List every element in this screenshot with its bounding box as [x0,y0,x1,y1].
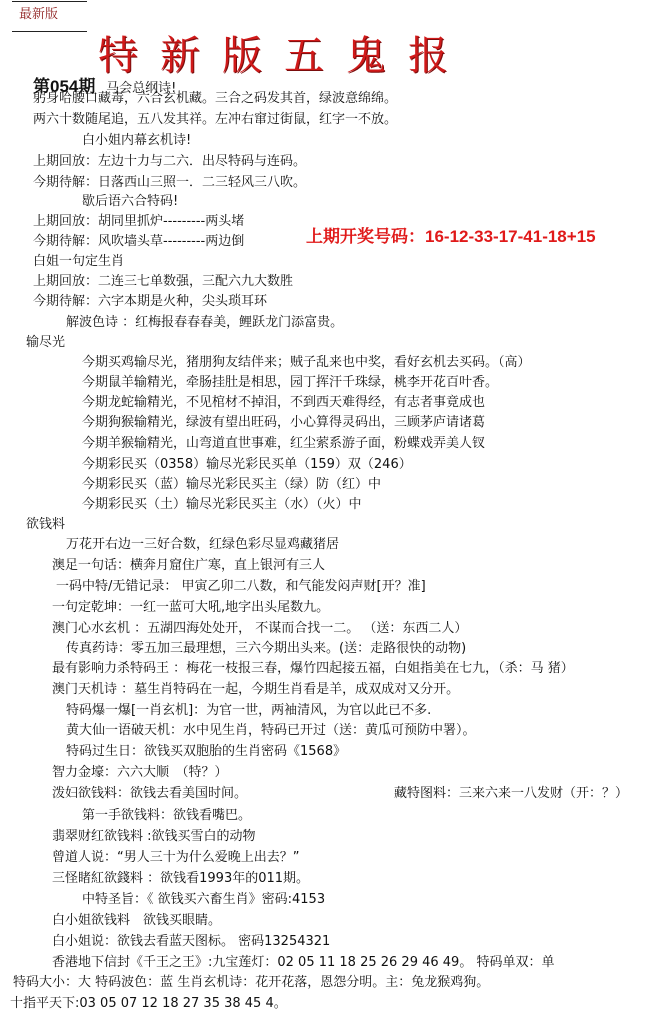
text-line: 今期狗猴输精光，绿波有望出旺码，小心算得灵码出，三顾茅庐请诸葛 [82,415,485,431]
text-line: 今期彩民买（0358）输尽光彩民买单（159）双（246） [82,457,412,473]
text-line: 躬身哈腰口藏毒，六合玄机藏。三合之码发其首，绿波意绵绵。 [33,91,397,107]
text-line: 第一手欲钱料：欲钱看嘴巴。 [82,808,251,824]
text-line: 翡翠财红欲钱料 :欲钱买雪白的动物 [52,829,256,845]
winning-numbers-value: 16-12-33-17-41-18+15 [425,227,596,246]
latest-edition-badge: 最新版 [19,3,58,22]
winning-numbers-label: 上期开奖号码： [306,227,425,246]
text-line: 万花开右边一三好合数，红绿色彩尽显鸡藏猪居 [66,537,339,553]
winning-numbers: 上期开奖号码：16-12-33-17-41-18+15 [306,222,596,247]
text-line: 上期回放：胡同里抓炉---------两头堵 [33,214,244,230]
text-line: 中特圣旨：《 欲钱买六畜生肖》密码:4153 [82,892,325,908]
badge-underline [12,31,87,32]
text-line: 今期羊猴输精光，山弯道直世事难，红尘萦系游子面，粉蝶戏弄美人钗 [82,436,485,452]
text-line: 特码爆一爆[一肖玄机]：为官一世，两袖清风，为官以此已不多. [66,703,431,719]
text-line: 智力金壕：六六大顺 （特？） [52,765,228,781]
text-line: 澳足一句话：横奔月窟住广寒，直上银河有三人 [52,558,325,574]
text-line: 藏特图料：三来六来一八发财（开：？） [394,786,628,802]
text-line: 解波色诗 ：红梅报春春春美，鲤跃龙门添富贵。 [66,315,343,331]
text-line: 今期彩民买（蓝）输尽光彩民买主（绿）防（红）中 [82,477,381,493]
text-line: 香港地下信封《千王之王》:九宝莲灯：02 05 11 18 25 26 29 4… [52,955,554,971]
text-line: 澳门心水玄机 ：五湖四海处处开， 不谋而合找一二。 （送：东西二人） [52,621,467,637]
text-line: 今期待解：风吹墙头草---------两边倒 [33,234,244,250]
text-line: 黄大仙一语破天机：水中见生肖，特码已开过（送：黄瓜可预防中署）。 [66,723,476,739]
text-line: 欲钱料 [26,517,65,533]
text-line: 特码过生日：欲钱买双胞胎的生肖密码《1568》 [66,744,346,760]
text-line: 今期待解：六字本期是火种，尖头琐耳环 [33,294,267,310]
text-line: 三怪睹紅欲錢料 ：欲钱看1993年的011期。 [52,871,309,887]
text-line: 曾道人说：“男人三十为什么爱晚上出去？” [52,850,299,866]
text-line: 白小姐说：欲钱去看蓝天图标。 密码13254321 [52,934,330,950]
text-line: 一句定乾坤：一红一蓝可大吼,地字出头尾数九。 [52,600,329,616]
text-line: 今期鼠羊输精光，牵肠挂肚是相思，园丁挥汗千珠绿，桃李开花百叶香。 [82,375,498,391]
text-line: 白小姐内幕玄机诗! [82,133,191,149]
text-line: 今期彩民买（土）输尽光彩民买主（水）（火）中 [82,497,362,513]
text-line: 两六十数随尾追，五八发其祥。左冲右窜过街鼠，红字一不放。 [33,112,397,128]
text-line: 特码大小：大 特码波色：蓝 生肖玄机诗：花开花落，恩怨分明。主：兔龙猴鸡狗。 [13,975,489,991]
text-line: 一码中特/无错记录： 甲寅乙卯二八数，和气能发闷声财[开？准] [56,579,426,595]
top-rule [12,1,87,2]
text-line: 澳门天机诗 ：墓生肖特码在一起，今期生肖看是羊，成双成对又分开。 [52,682,459,698]
text-line: 白姐一句定生肖 [33,254,124,270]
text-line: 歇后语六合特码! [82,194,178,210]
text-line: 上期回放：二连三七单数强，三配六九大数胜 [33,274,293,290]
text-line: 传真药诗：零五加三最理想，三六今期出头来。(送：走路很快的动物) [66,641,466,657]
text-line: 今期待解：日落西山三照一．二三轻风三八吹。 [33,175,306,191]
text-line: 最有影响力杀特码王 ：梅花一枝报三春，爆竹四起接五福，白姐指美在七九，（杀：马 … [52,661,574,677]
text-line: 输尽光 [26,335,65,351]
text-line: 白小姐欲钱料 欲钱买眼睛。 [52,913,221,929]
text-line: 泼妇欲钱料：欲钱去看美国时间。 [52,786,247,802]
text-line: 今期买鸡输尽光，猪朋狗友结伴来；贼子乱来也中奖，看好玄机去买码。（高） [82,355,531,371]
text-line: 上期回放：左边十力与二六．出尽特码与连码。 [33,154,306,170]
text-line: 今期龙蛇输精光，不见棺材不掉泪，不到西天难得经，有志者事竟成也 [82,395,485,411]
text-line: 十指平天下:03 05 07 12 18 27 35 38 45 4。 [10,996,287,1012]
